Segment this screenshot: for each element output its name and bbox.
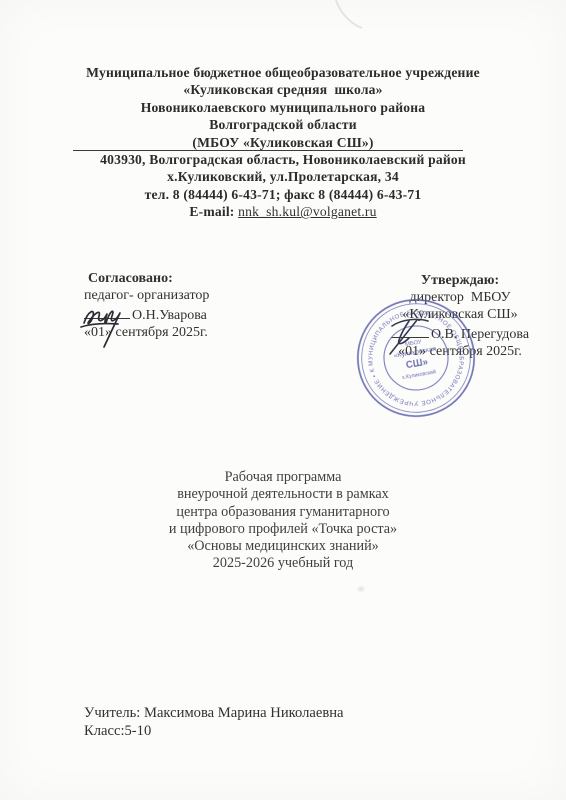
street-line: х.Куликовский, ул.Пролетарская, 34 <box>0 168 566 185</box>
org-abbreviation-line: (МБОУ «Куликовская СШ») <box>0 134 566 151</box>
teacher-line: Учитель: Максимова Марина Николаевна <box>84 705 344 723</box>
agreed-heading: Согласовано: <box>84 270 294 287</box>
title-line-5: «Основы медицинских знаний» <box>0 538 566 555</box>
title-line-4: и цифрового профилей «Точка роста» <box>0 521 566 538</box>
address-line: 403930, Волгоградская область, Новоникол… <box>0 151 566 168</box>
program-title-block: Рабочая программа внеурочной деятельност… <box>0 469 566 573</box>
agreed-name: О.Н.Уварова <box>132 308 207 323</box>
signature-right-handwriting <box>382 314 446 360</box>
scan-artifact-line <box>0 0 566 40</box>
signature-left-handwriting <box>78 299 142 351</box>
email-label: E-mail: <box>189 204 238 219</box>
scan-artifact-speck <box>356 585 366 593</box>
letterhead: Муниципальное бюджетное общеобразователь… <box>0 64 566 221</box>
org-name-line: Муниципальное бюджетное общеобразователь… <box>0 64 566 81</box>
title-line-3: центра образования гуманитарного <box>0 504 566 521</box>
email-line: E-mail: nnk_sh.kul@volganet.ru <box>0 203 566 220</box>
document-page: Муниципальное бюджетное общеобразователь… <box>0 0 566 800</box>
region-line: Волгоградской области <box>0 116 566 133</box>
email-address: nnk_sh.kul@volganet.ru <box>238 204 377 219</box>
footer-block: Учитель: Максимова Марина Николаевна Кла… <box>84 705 344 740</box>
title-line-6: 2025-2026 учебный год <box>0 555 566 572</box>
title-line-1: Рабочая программа <box>0 469 566 486</box>
school-name-line: «Куликовская средняя школа» <box>0 81 566 98</box>
class-line: Класс:5-10 <box>84 723 344 741</box>
district-line: Новониколаевского муниципального района <box>0 99 566 116</box>
phone-fax-line: тел. 8 (84444) 6-43-71; факс 8 (84444) 6… <box>0 186 566 203</box>
letterhead-divider-rule <box>73 150 463 151</box>
title-line-2: внеурочной деятельности в рамках <box>0 486 566 503</box>
